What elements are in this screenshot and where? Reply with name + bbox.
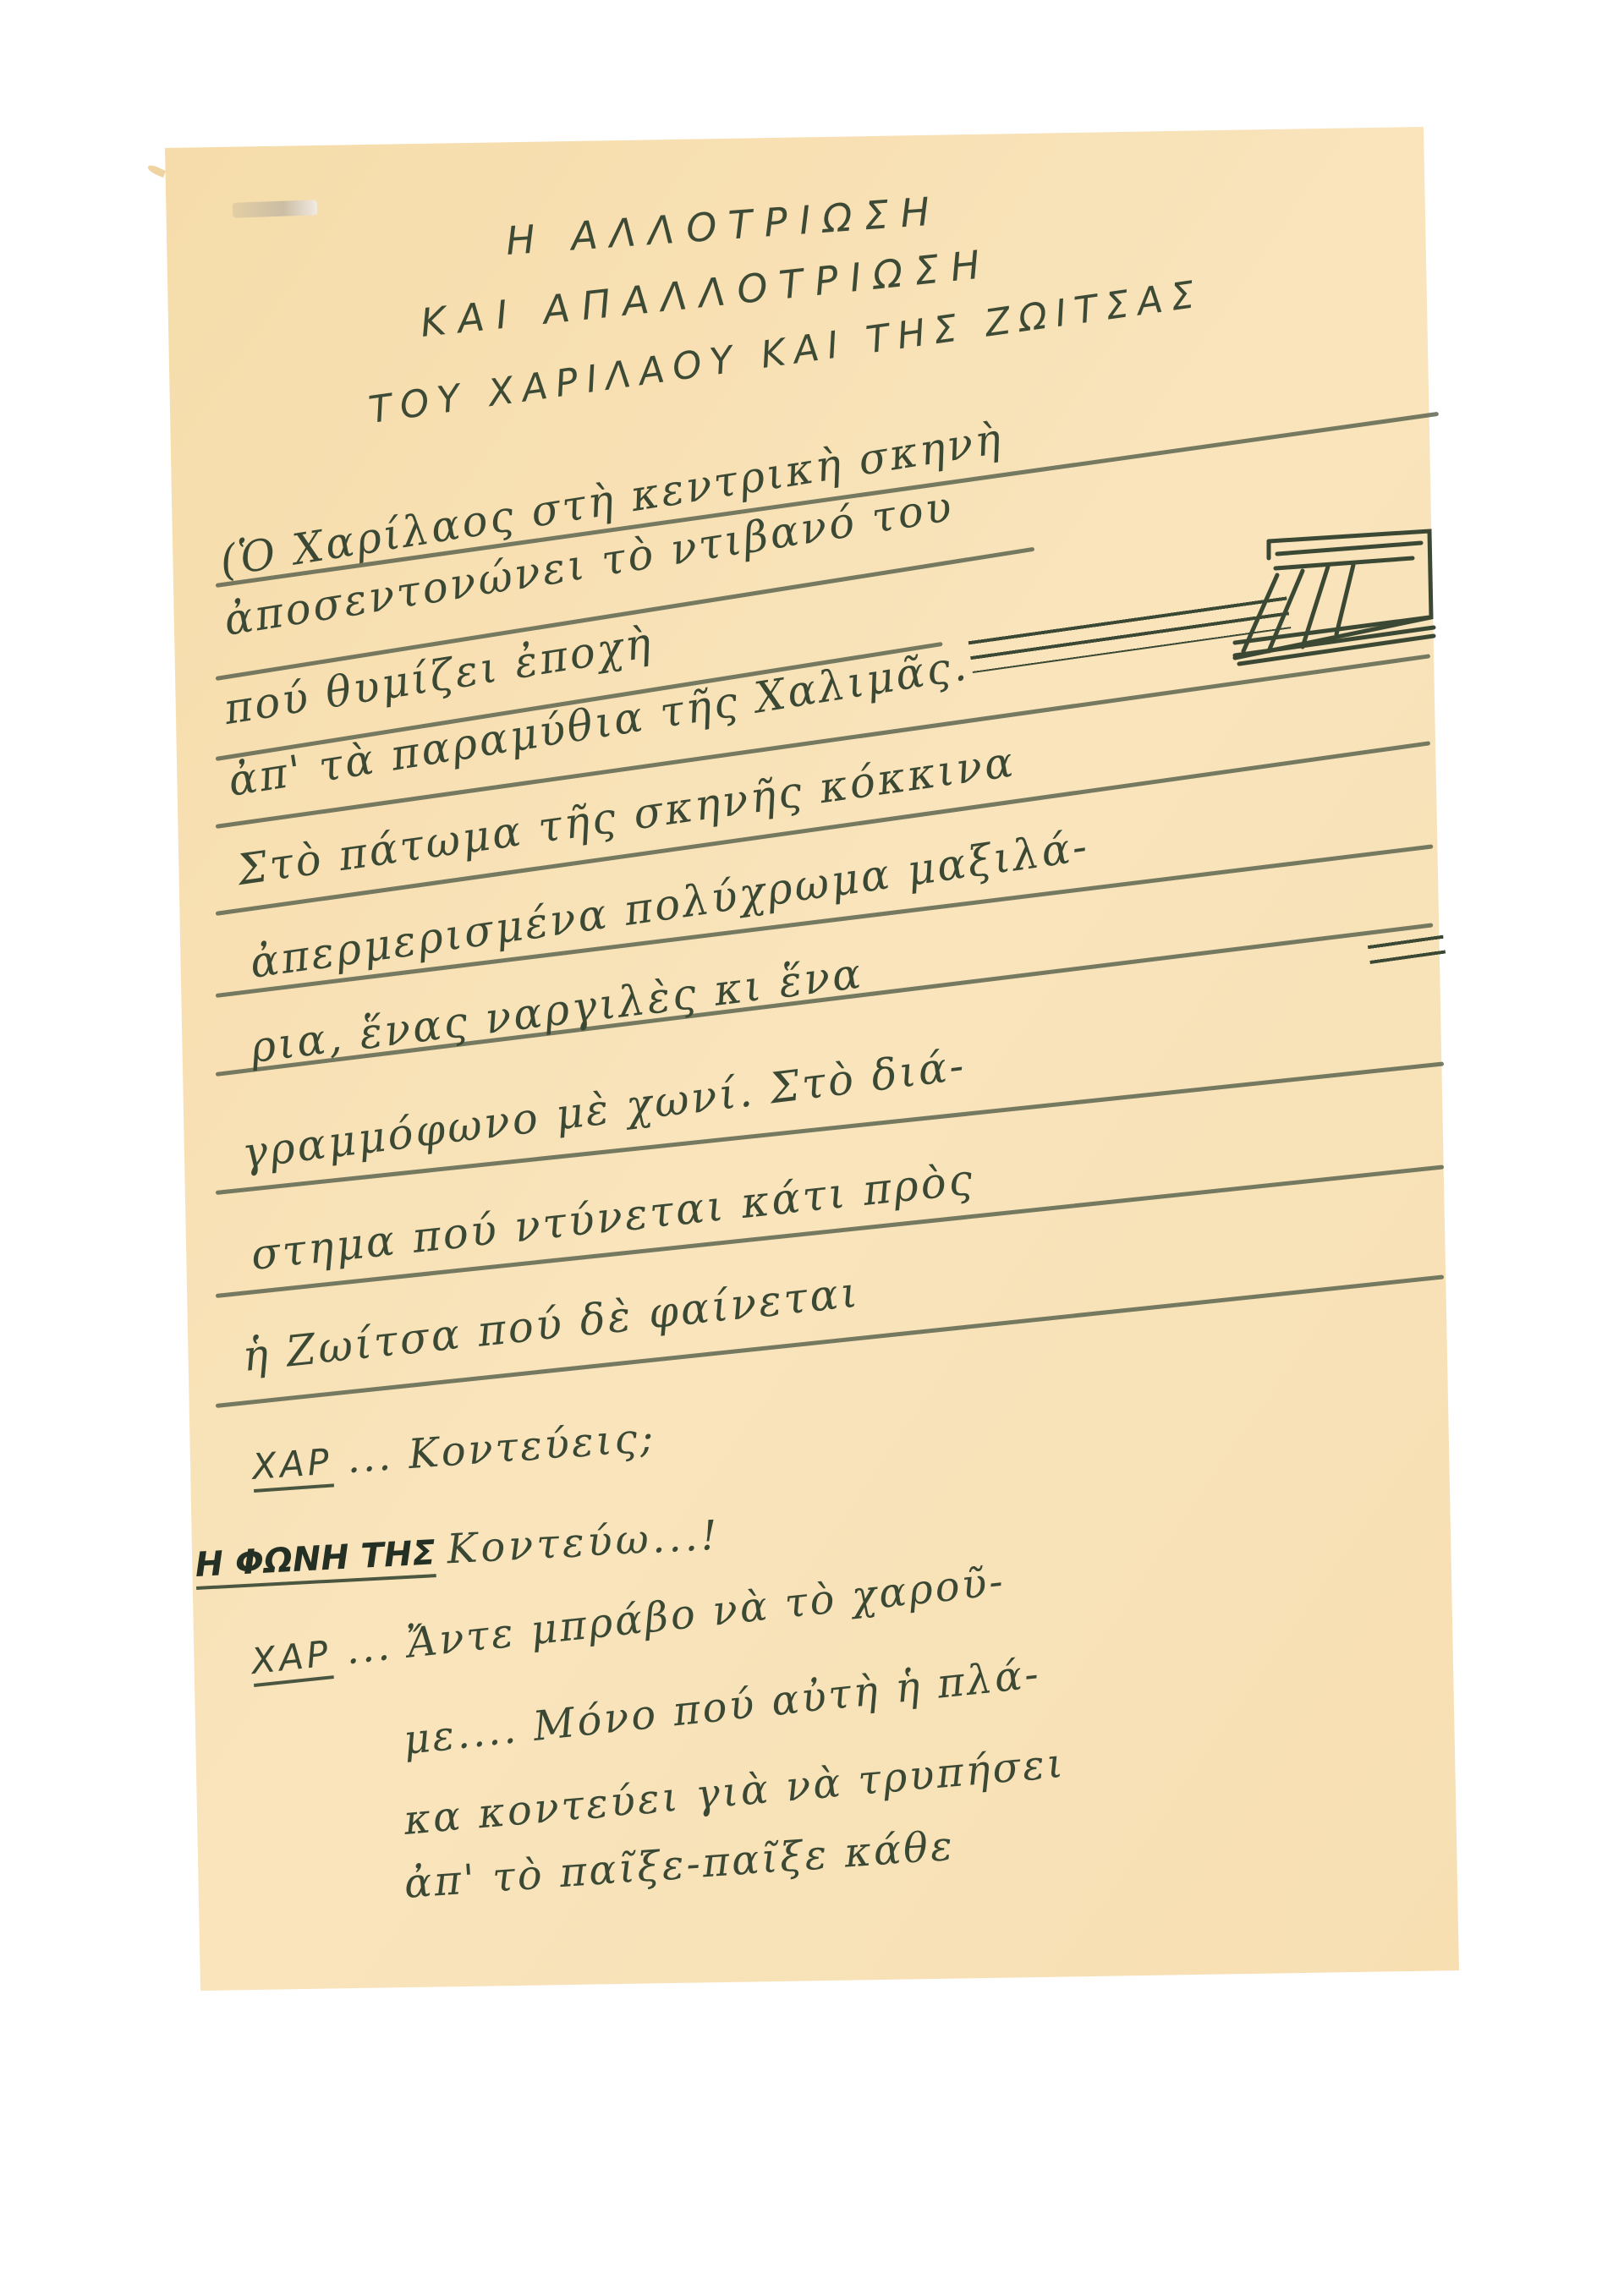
divan-sketch-icon: [1218, 507, 1438, 677]
speaker-name: ΧΑΡ: [250, 1441, 333, 1493]
staple-mark: [233, 200, 318, 217]
speaker-name: ΧΑΡ: [250, 1632, 334, 1687]
